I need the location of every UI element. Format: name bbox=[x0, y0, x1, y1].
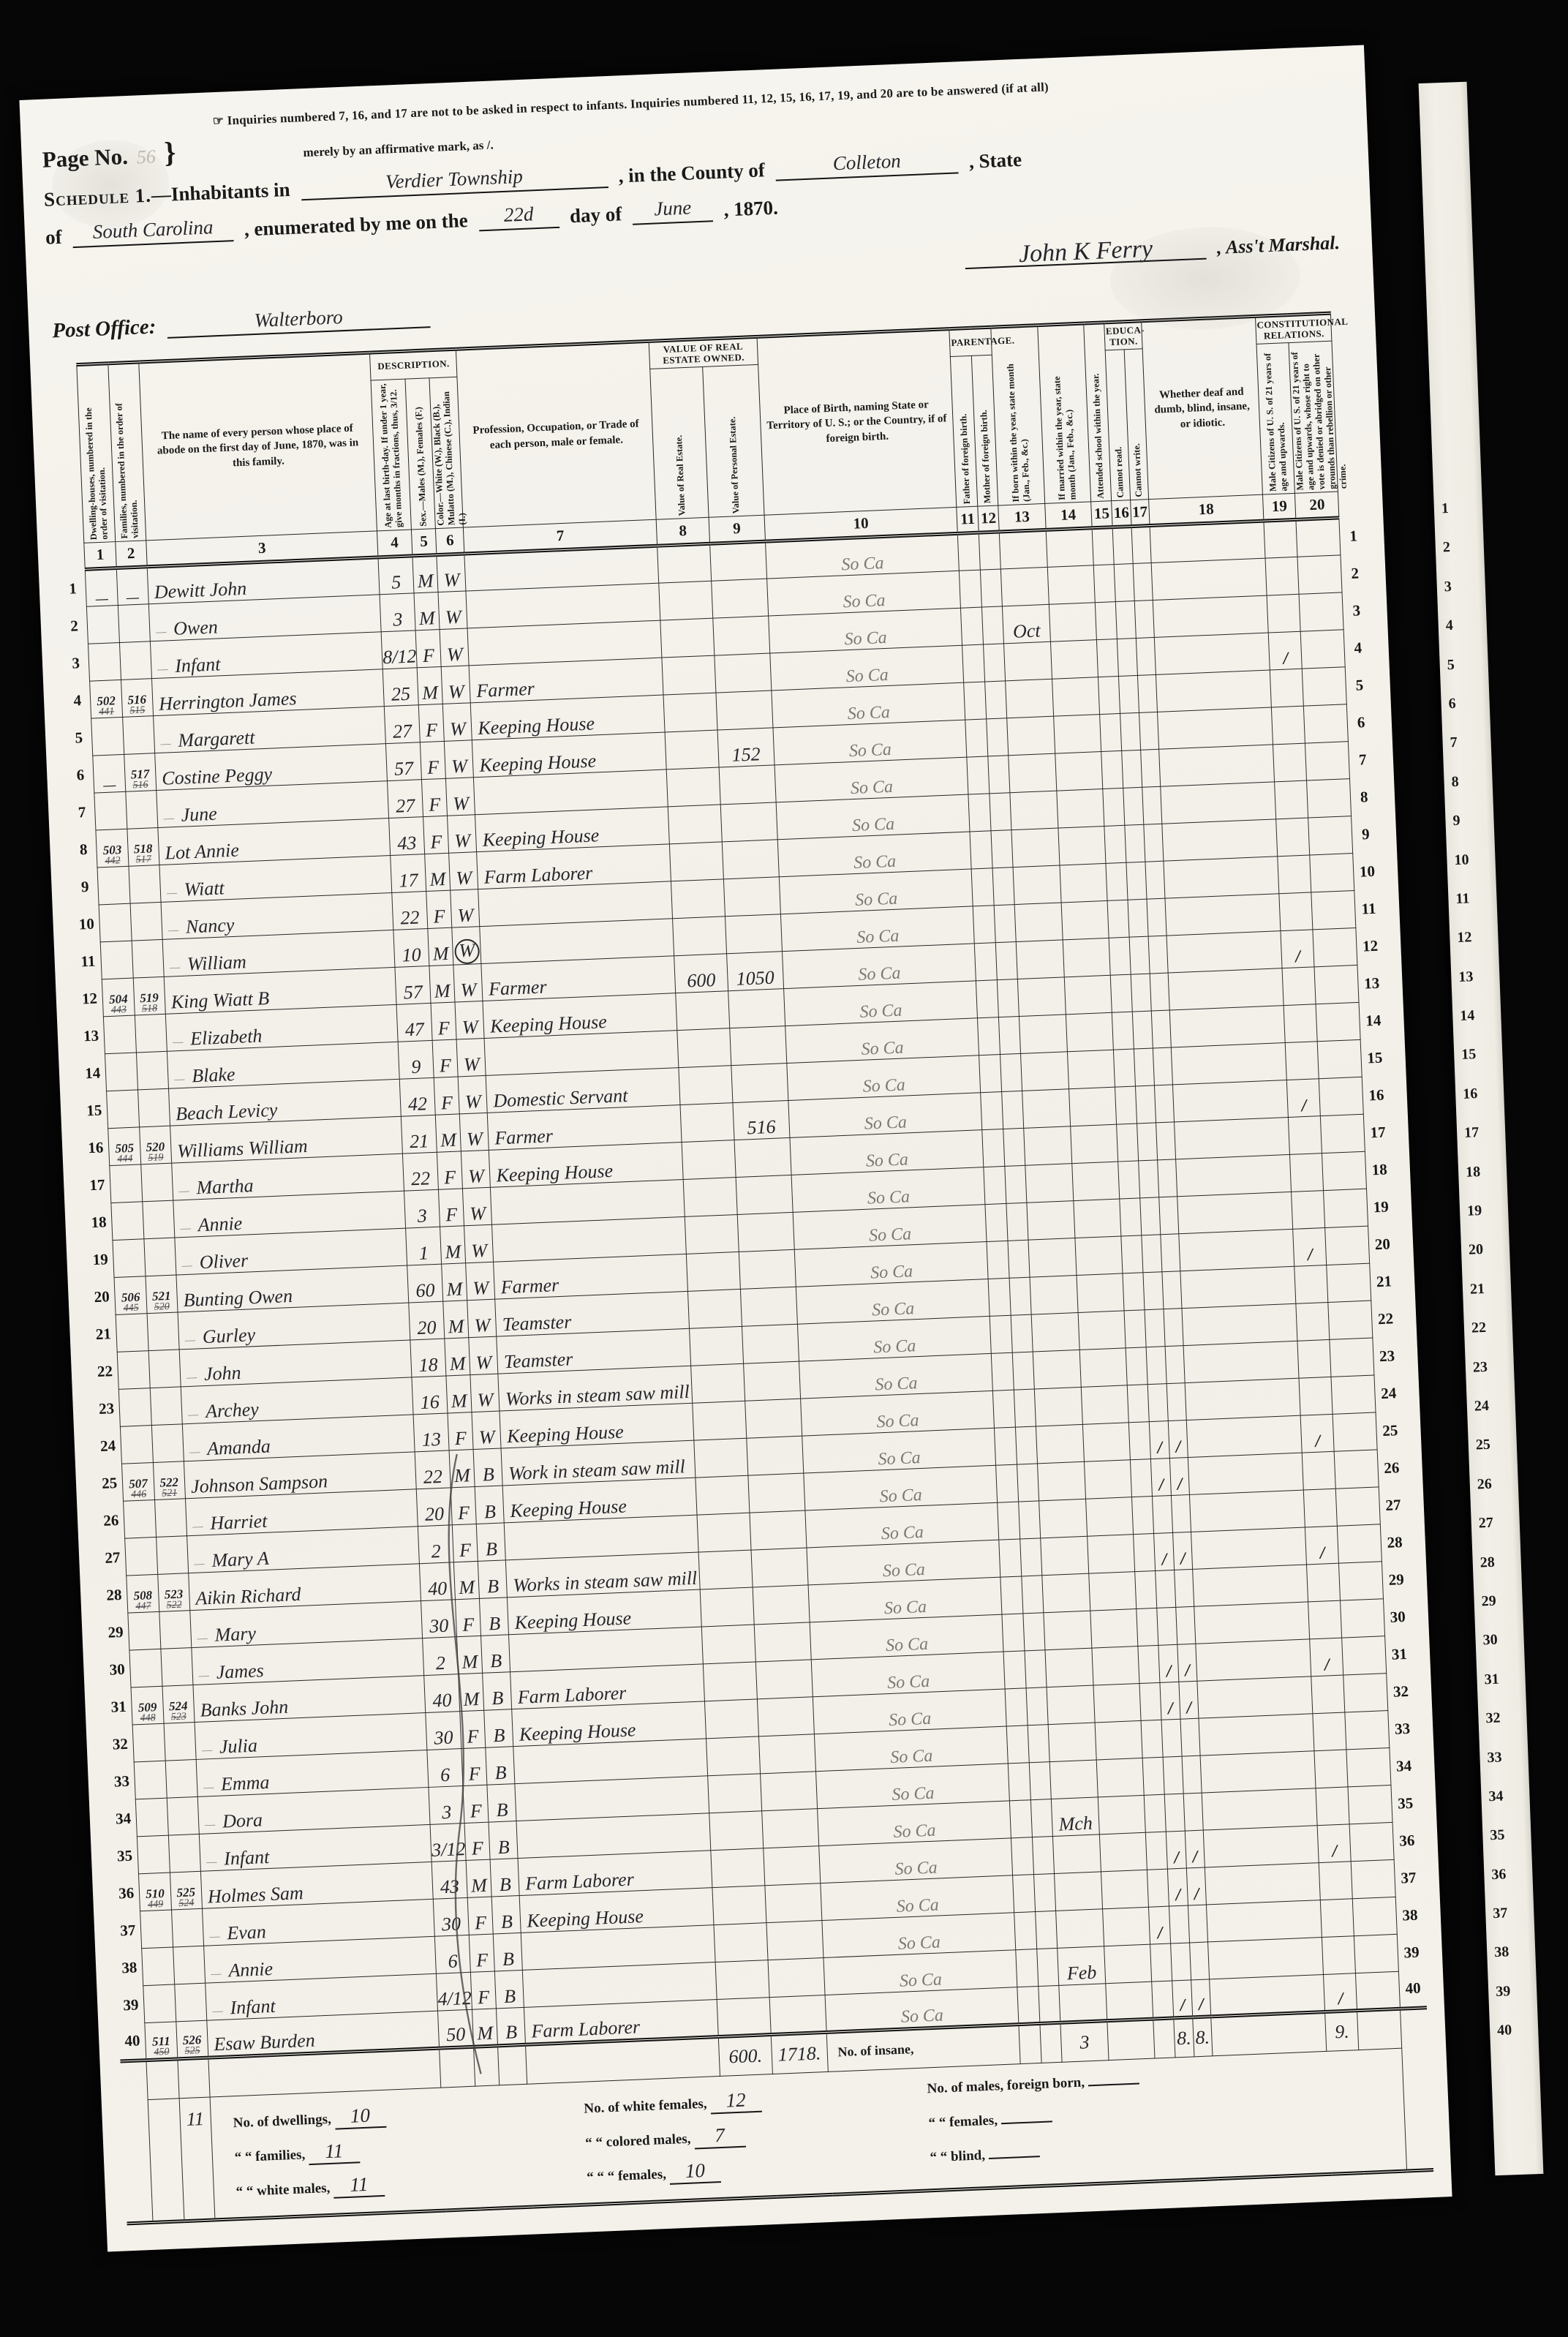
corrected-number: 520519 bbox=[140, 1140, 170, 1164]
sex-value: F bbox=[437, 1017, 450, 1039]
cell-family-no bbox=[159, 1611, 191, 1649]
cell-color: W bbox=[443, 703, 472, 742]
cell-male-citizen bbox=[1264, 519, 1297, 558]
facing-row-number: 30 bbox=[1482, 1620, 1525, 1660]
cell-cannot-write bbox=[1150, 973, 1169, 1011]
cell-born-month bbox=[1018, 977, 1066, 1017]
column-title: Value of Personal Estate. bbox=[725, 369, 742, 513]
cell-father-foreign bbox=[962, 644, 985, 682]
cell-sex: F bbox=[461, 1747, 487, 1785]
sex-value: M bbox=[432, 943, 449, 965]
ditto-dash: — bbox=[168, 924, 179, 937]
age-value: 40 bbox=[428, 1578, 448, 1600]
color-value: W bbox=[467, 1128, 483, 1150]
cell-sex: M bbox=[445, 1375, 472, 1413]
cell-age: 40 bbox=[424, 1674, 459, 1713]
cell-family-no bbox=[142, 1200, 174, 1239]
total-cannot-read-value: 8. bbox=[1177, 2027, 1192, 2049]
cell-age: 25 bbox=[382, 668, 418, 707]
cell-personal-estate bbox=[734, 1137, 791, 1177]
color-value: B bbox=[485, 1538, 497, 1560]
row-number-left: 2 bbox=[61, 606, 88, 644]
color-value: B bbox=[490, 1650, 502, 1672]
cell-family-no bbox=[119, 641, 151, 680]
year-label: , 1870. bbox=[723, 197, 778, 221]
cell-cannot-read bbox=[1156, 1570, 1175, 1608]
cell-age: 22 bbox=[392, 892, 427, 930]
occupation-value: Keeping House bbox=[478, 712, 595, 739]
age-value: 17 bbox=[399, 870, 418, 892]
cell-mother-foreign bbox=[1006, 1203, 1029, 1241]
person-name: Williams William bbox=[177, 1135, 308, 1162]
cell-mother-foreign bbox=[1020, 1538, 1043, 1576]
cell-age: 27 bbox=[384, 705, 419, 744]
footer-value: 7 bbox=[693, 2123, 745, 2150]
cell-male-citizen bbox=[1311, 1675, 1345, 1714]
cell-deaf-dumb bbox=[1161, 782, 1276, 824]
footer-value-number: 11 bbox=[350, 2173, 369, 2196]
cell-born-month bbox=[1013, 865, 1060, 905]
facing-row-number: 6 bbox=[1448, 683, 1490, 723]
cell-married-month bbox=[1061, 900, 1109, 940]
facing-row-number: 8 bbox=[1451, 761, 1493, 802]
cell-sex: F bbox=[420, 741, 446, 779]
cell-age: 43 bbox=[431, 1860, 467, 1899]
row-number-right: 4 bbox=[1344, 628, 1372, 666]
column-number: 12 bbox=[978, 505, 1000, 532]
corrected-number: 502441 bbox=[91, 695, 121, 718]
cell-attended-school bbox=[1092, 527, 1115, 565]
cell-dwelling-no bbox=[87, 606, 119, 644]
row-number-left: 14 bbox=[79, 1054, 107, 1092]
occupation-value: Keeping House bbox=[507, 1421, 625, 1448]
occupation-value: Teamster bbox=[502, 1311, 572, 1335]
struck-number: 523 bbox=[164, 1712, 195, 1723]
color-value: B bbox=[493, 1725, 505, 1747]
cell-age: 50 bbox=[438, 2009, 473, 2048]
cell-family-no bbox=[151, 1424, 184, 1463]
cell-attended-school bbox=[1096, 639, 1119, 677]
cell-cannot-write bbox=[1180, 1718, 1200, 1756]
cell-cannot-write: / bbox=[1172, 1532, 1192, 1570]
cell-born-month bbox=[1017, 940, 1064, 979]
age-value: 3/12 bbox=[431, 1838, 466, 1861]
page-no-label: Page No. bbox=[42, 143, 128, 173]
cell-real-estate bbox=[711, 1848, 765, 1888]
cell-personal-estate bbox=[709, 541, 766, 581]
person-name: Infant bbox=[230, 1995, 276, 2019]
state-blank: South Carolina bbox=[72, 215, 234, 248]
new-number: 519 bbox=[134, 991, 165, 1004]
cell-cannot-read bbox=[1161, 1719, 1181, 1757]
color-value: W bbox=[474, 1314, 491, 1336]
cell-dwelling-no bbox=[142, 1947, 174, 1986]
cell-married-month bbox=[1082, 1423, 1130, 1462]
cell-mother-foreign bbox=[1023, 1613, 1046, 1651]
cell-cannot-write bbox=[1131, 526, 1151, 564]
cell-color: B bbox=[484, 1709, 513, 1748]
ditto-dash: — bbox=[180, 1222, 191, 1235]
birthplace-value: So Ca bbox=[853, 852, 897, 873]
sex-value: F bbox=[445, 1204, 458, 1226]
row-number-left: 19 bbox=[86, 1241, 114, 1279]
cell-color: W bbox=[448, 815, 477, 854]
occupation-value: Keeping House bbox=[482, 824, 600, 851]
row-number-left: 40 bbox=[118, 2023, 146, 2061]
group-header-education: EDUCA-TION. bbox=[1104, 321, 1142, 350]
cell-deaf-dumb bbox=[1193, 1565, 1308, 1606]
sex-value: F bbox=[470, 1800, 482, 1822]
left-margin bbox=[120, 2061, 148, 2101]
cell-born-month bbox=[1041, 1536, 1088, 1576]
footer-label: “ “ white males, bbox=[235, 2180, 333, 2199]
cell-dwelling-no bbox=[125, 1537, 157, 1576]
cell-married-month bbox=[1068, 1087, 1116, 1126]
birthplace-value: So Ca bbox=[890, 1747, 933, 1767]
cell-color: W bbox=[467, 1299, 497, 1338]
cell-citizen-denied bbox=[1335, 1450, 1379, 1489]
personal-estate-value: 152 bbox=[731, 743, 761, 766]
cell-attended-school bbox=[1137, 1608, 1159, 1646]
cell-male-citizen bbox=[1290, 1154, 1324, 1192]
row-number-left: 11 bbox=[75, 942, 102, 980]
cell-father-foreign bbox=[1010, 1800, 1033, 1838]
corrected-number: 524523 bbox=[163, 1700, 194, 1723]
color-value: B bbox=[502, 1948, 514, 1970]
cell-dwelling-no: — bbox=[86, 568, 118, 607]
cell-sex: M bbox=[429, 965, 455, 1003]
cell-cannot-write bbox=[1151, 1010, 1171, 1048]
cell-attended-school bbox=[1124, 1310, 1147, 1348]
row-number-right: 12 bbox=[1356, 927, 1384, 965]
cell-father-foreign bbox=[1000, 1576, 1023, 1614]
cell-personal-estate bbox=[750, 1510, 807, 1550]
corrected-number: 507446 bbox=[123, 1478, 154, 1501]
struck-number: 518 bbox=[135, 1004, 165, 1015]
sex-value: F bbox=[427, 756, 440, 778]
cell-family-no bbox=[150, 1387, 182, 1426]
cell-citizen-denied bbox=[1343, 1674, 1388, 1712]
column-title: Mother of foreign birth. bbox=[976, 358, 993, 503]
struck-number: 447 bbox=[128, 1601, 159, 1612]
cell-personal-estate bbox=[760, 1772, 817, 1811]
cell-dwelling-no: 510449 bbox=[139, 1873, 171, 1911]
cell-male-citizen: / bbox=[1286, 1079, 1320, 1118]
row-number-right: 38 bbox=[1396, 1896, 1424, 1934]
post-office-blank: Walterboro bbox=[167, 301, 431, 339]
cell-deaf-dumb bbox=[1165, 894, 1281, 936]
cell-dwelling-no bbox=[107, 1090, 139, 1129]
new-number: 518 bbox=[128, 843, 159, 856]
cell-sex: M bbox=[449, 1450, 475, 1488]
cell-attended-school bbox=[1139, 1682, 1162, 1720]
footer-item: “ “ colored males, 7 bbox=[585, 2115, 930, 2153]
cell-family-no bbox=[174, 1983, 206, 2022]
birthplace-value: So Ca bbox=[889, 1709, 932, 1730]
new-number: 526 bbox=[177, 2033, 208, 2047]
cell-attended-school bbox=[1104, 825, 1127, 863]
cell-sex: M bbox=[444, 1338, 470, 1376]
row-number-left: 28 bbox=[100, 1576, 128, 1614]
total-male-citizens: 9. bbox=[1325, 2011, 1359, 2052]
row-number-right: 9 bbox=[1352, 815, 1379, 853]
cell-born-month bbox=[1038, 1461, 1085, 1501]
cell-married-month bbox=[1085, 1497, 1133, 1537]
row-number-right: 6 bbox=[1347, 703, 1375, 741]
cell-father-foreign bbox=[960, 570, 982, 608]
cell-personal-estate bbox=[751, 1548, 808, 1587]
cell-color: W bbox=[464, 1224, 494, 1263]
age-value: 43 bbox=[397, 832, 417, 854]
cell-personal-estate bbox=[712, 616, 769, 655]
facing-row-number: 29 bbox=[1481, 1581, 1523, 1621]
occupation-value: Domestic Servant bbox=[493, 1085, 628, 1112]
cell-married-month bbox=[1071, 1162, 1119, 1201]
sex-value: F bbox=[444, 1167, 456, 1189]
cell-age: 30 bbox=[421, 1600, 456, 1638]
cell-born-month bbox=[1050, 1760, 1098, 1799]
struck-number: 443 bbox=[104, 1004, 135, 1015]
cell-dwelling-no bbox=[91, 717, 124, 756]
cell-personal-estate: 516 bbox=[733, 1101, 790, 1140]
cell-married-month bbox=[1075, 1236, 1123, 1276]
totals-empty bbox=[1211, 2012, 1327, 2055]
cell-citizen-denied bbox=[1316, 1002, 1360, 1041]
cell-mother-foreign bbox=[1015, 1426, 1038, 1464]
birthplace-value: So Ca bbox=[897, 1933, 941, 1953]
color-value: W bbox=[453, 793, 470, 815]
cell-born-month bbox=[1001, 567, 1049, 606]
sex-value: M bbox=[445, 1241, 461, 1263]
cell-cannot-write bbox=[1166, 1383, 1186, 1421]
cell-mother-foreign bbox=[1005, 1165, 1028, 1203]
footer-label: No. of males, foreign born, bbox=[927, 2074, 1088, 2096]
cell-family-no bbox=[167, 1796, 199, 1835]
cell-real-estate bbox=[671, 879, 725, 919]
sex-value: F bbox=[462, 1614, 475, 1636]
occupation-value: Farm Laborer bbox=[531, 2016, 641, 2041]
footer-label: “ “ “ females, bbox=[587, 2167, 670, 2186]
age-value: 27 bbox=[393, 720, 412, 742]
age-value: 3 bbox=[393, 609, 403, 631]
color-value: W bbox=[464, 1091, 481, 1113]
cell-mother-foreign bbox=[1032, 1837, 1055, 1875]
cell-born-month bbox=[1053, 1834, 1101, 1874]
cell-cannot-read bbox=[1131, 974, 1151, 1012]
facing-row-number: 38 bbox=[1493, 1933, 1536, 1973]
facing-row-number: 36 bbox=[1490, 1854, 1533, 1894]
cell-age: 3 bbox=[404, 1189, 440, 1228]
ditto-dash: — bbox=[188, 1408, 199, 1421]
cell-sex: M bbox=[427, 927, 453, 966]
footer-label: No. of dwellings, bbox=[233, 2112, 335, 2131]
cell-cannot-write: / bbox=[1185, 1830, 1205, 1868]
cell-citizen-denied bbox=[1310, 854, 1354, 892]
cell-married-month bbox=[1102, 1907, 1150, 1946]
column-number: 19 bbox=[1263, 493, 1297, 521]
cell-citizen-denied bbox=[1327, 1263, 1371, 1302]
facing-row-number: 5 bbox=[1447, 644, 1489, 685]
person-name: Mary A bbox=[211, 1548, 269, 1571]
birthplace-value: So Ca bbox=[887, 1672, 930, 1693]
row-number-right: 8 bbox=[1350, 778, 1378, 816]
facing-row-number: 37 bbox=[1492, 1893, 1534, 1933]
cell-cannot-read bbox=[1142, 1235, 1161, 1273]
cell-born-month bbox=[1044, 1611, 1091, 1650]
cell-real-estate bbox=[703, 1662, 757, 1701]
person-name: Bunting Owen bbox=[183, 1285, 293, 1311]
cell-attended-school bbox=[1095, 602, 1117, 640]
color-value: B bbox=[483, 1501, 496, 1523]
row-number-left: 34 bbox=[110, 1799, 137, 1837]
column-title: Attended school within the year. bbox=[1090, 354, 1107, 499]
footer-label: “ “ families, bbox=[234, 2147, 309, 2165]
age-value: 20 bbox=[424, 1503, 444, 1525]
ditto-dash: — bbox=[189, 1445, 200, 1459]
person-name: King Wiatt B bbox=[170, 987, 269, 1012]
cell-sex: M bbox=[456, 1636, 483, 1674]
cell-father-foreign bbox=[1013, 1875, 1036, 1913]
row-number-left: 31 bbox=[105, 1687, 133, 1726]
cell-born-month bbox=[1035, 1387, 1082, 1426]
cell-father-foreign bbox=[998, 1502, 1020, 1540]
cell-born-month bbox=[1022, 1089, 1070, 1129]
cell-born-month bbox=[1011, 828, 1059, 868]
cell-born-month bbox=[1019, 1015, 1067, 1054]
cell-mother-foreign bbox=[994, 905, 1017, 943]
row-number-right: 23 bbox=[1373, 1337, 1401, 1375]
cell-attended-school bbox=[1106, 862, 1128, 900]
cell-sex: M bbox=[441, 1263, 467, 1301]
group-header-value_owned: VALUE OF REAL ESTATE OWNED. bbox=[649, 336, 758, 369]
birthplace-value: So Ca bbox=[896, 1895, 939, 1916]
color-value: W bbox=[454, 830, 471, 852]
row-number-right: 29 bbox=[1382, 1560, 1410, 1598]
cell-mother-foreign bbox=[1025, 1650, 1047, 1688]
age-value: 43 bbox=[440, 1875, 459, 1897]
facing-row-number: 19 bbox=[1466, 1191, 1509, 1231]
cell-cannot-write bbox=[1145, 861, 1165, 899]
cell-deaf-dumb bbox=[1189, 1490, 1305, 1532]
cell-mother-foreign bbox=[1035, 1911, 1058, 1949]
color-value: W bbox=[448, 681, 464, 703]
cell-father-foreign bbox=[964, 682, 987, 720]
birthplace-value: So Ca bbox=[870, 1262, 913, 1282]
sex-value: F bbox=[454, 1427, 467, 1449]
occupation-value: Farm Laborer bbox=[525, 1869, 635, 1894]
cell-personal-estate bbox=[722, 840, 779, 879]
cell-cannot-read: / bbox=[1160, 1682, 1180, 1720]
column-title: Dwelling-houses, numbered in the order o… bbox=[83, 395, 110, 541]
footer-value-number: 10 bbox=[685, 2159, 705, 2182]
instructions-note-line2: merely by an affirmative mark, as /. bbox=[303, 138, 494, 159]
cell-male-citizen bbox=[1316, 1787, 1349, 1826]
column-title: Place of Birth, naming State or Territor… bbox=[760, 394, 954, 451]
cell-attended-school bbox=[1150, 1943, 1173, 1982]
person-name: Mary bbox=[214, 1622, 256, 1645]
cell-attended-school bbox=[1142, 1757, 1165, 1795]
cell-deaf-dumb bbox=[1153, 595, 1268, 637]
total-born-value: 3 bbox=[1079, 2031, 1090, 2053]
cell-father-foreign bbox=[995, 1427, 1017, 1465]
totals-empty bbox=[498, 2044, 527, 2085]
cell-married-month bbox=[1098, 1795, 1145, 1834]
cell-married-month bbox=[1095, 1720, 1142, 1760]
cell-real-estate bbox=[712, 1886, 766, 1925]
cell-dwelling-no: 508447 bbox=[127, 1574, 159, 1613]
cell-cannot-write bbox=[1153, 1047, 1172, 1085]
cell-dwelling-no bbox=[104, 1015, 136, 1054]
cell-father-foreign bbox=[965, 719, 988, 757]
cell-father-foreign bbox=[1007, 1726, 1030, 1764]
birthplace-value: So Ca bbox=[882, 1560, 925, 1581]
cell-male-citizen bbox=[1267, 594, 1300, 633]
row-number-left: 29 bbox=[102, 1613, 129, 1651]
cell-age: 3/12 bbox=[430, 1824, 465, 1862]
totals-empty bbox=[473, 2046, 500, 2086]
cell-dwelling-no bbox=[128, 1611, 160, 1650]
age-value: 20 bbox=[417, 1317, 437, 1339]
cell-mother-foreign bbox=[979, 532, 1001, 570]
corrected-number: 505444 bbox=[109, 1142, 140, 1165]
cell-cannot-read bbox=[1116, 601, 1136, 639]
cell-born-month bbox=[1009, 753, 1056, 793]
cell-dwelling-no bbox=[119, 1388, 151, 1427]
cell-male-citizen: / bbox=[1281, 930, 1314, 968]
cell-deaf-dumb bbox=[1177, 1192, 1293, 1233]
cell-real-estate bbox=[708, 1774, 762, 1813]
cell-cannot-write bbox=[1134, 600, 1154, 638]
occupation-value: Farmer bbox=[494, 1125, 554, 1148]
cell-cannot-write bbox=[1147, 898, 1166, 936]
cell-married-month bbox=[1070, 1124, 1117, 1164]
cell-dwelling-no: 503442 bbox=[96, 829, 128, 868]
cell-father-foreign bbox=[968, 794, 991, 832]
birthplace-value: So Ca bbox=[873, 1336, 916, 1357]
row-number-left: 20 bbox=[88, 1277, 116, 1315]
cell-personal-estate bbox=[745, 1399, 802, 1438]
cell-real-estate bbox=[714, 1923, 768, 1962]
color-value: B bbox=[499, 1873, 511, 1895]
real-estate-value: 600 bbox=[687, 969, 716, 992]
sex-value: F bbox=[430, 831, 442, 853]
color-value: B bbox=[504, 1985, 516, 2007]
facing-row-number: 20 bbox=[1468, 1230, 1510, 1270]
color-value: B bbox=[482, 1464, 494, 1486]
cell-dwelling-no bbox=[137, 1835, 170, 1874]
cell-real-estate bbox=[677, 1028, 731, 1068]
cell-deaf-dumb bbox=[1205, 1863, 1320, 1905]
cell-color: W bbox=[445, 740, 474, 779]
struck-number: 442 bbox=[97, 855, 128, 866]
row-number-right: 26 bbox=[1378, 1448, 1406, 1486]
cell-citizen-denied bbox=[1345, 1711, 1390, 1750]
cell-sex: F bbox=[418, 704, 445, 742]
facing-row-number: 13 bbox=[1458, 957, 1500, 997]
color-value: W bbox=[450, 718, 467, 740]
cell-attended-school bbox=[1115, 1086, 1137, 1124]
cell-attended-school bbox=[1144, 1794, 1166, 1832]
cell-dwelling-no bbox=[105, 1053, 137, 1091]
row-number-left: 39 bbox=[117, 1986, 145, 2024]
cell-attended-school bbox=[1131, 1497, 1154, 1535]
cell-sex: F bbox=[438, 1189, 464, 1227]
footer-value-number: 10 bbox=[350, 2104, 370, 2127]
cell-family-no bbox=[154, 1499, 186, 1538]
cell-born-month bbox=[1039, 1499, 1087, 1538]
sex-value: M bbox=[434, 980, 451, 1002]
cell-citizen-denied bbox=[1297, 555, 1342, 594]
